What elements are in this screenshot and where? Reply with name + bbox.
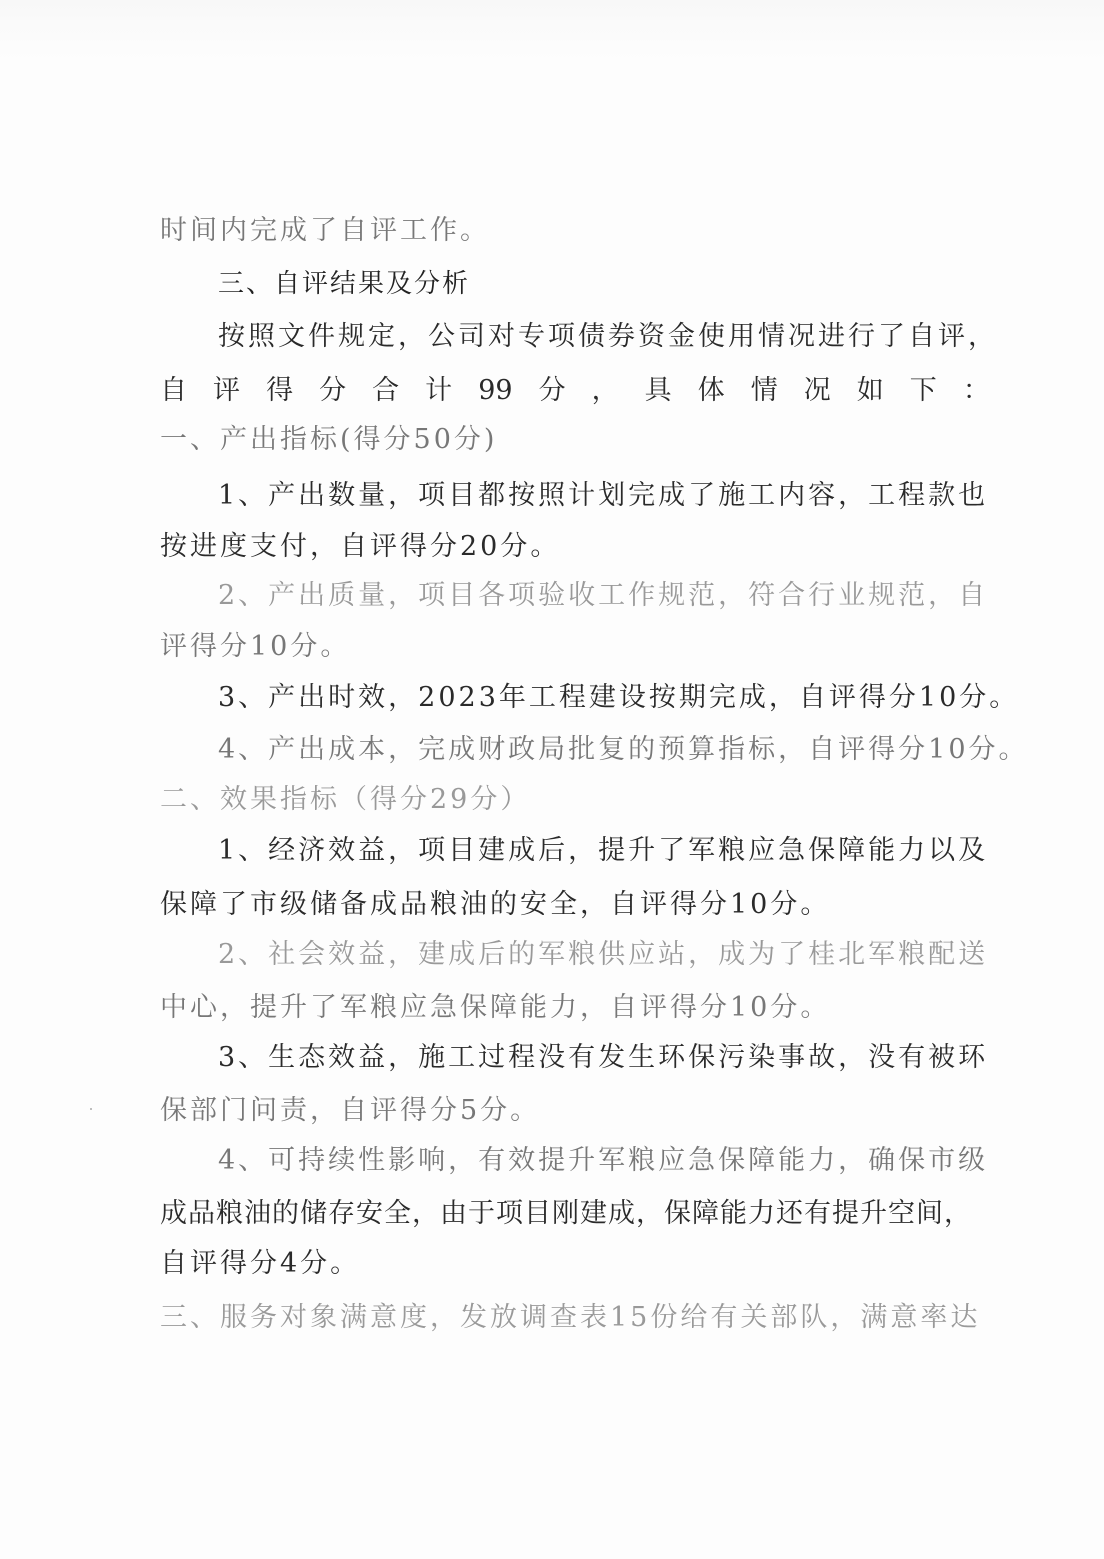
justified-char: 情: [751, 373, 778, 409]
item-output-quantity-line-1: 1、产出数量，项目都按照计划完成了施工内容，工程款也: [218, 478, 990, 514]
text-line-continuation: 时间内完成了自评工作。: [160, 213, 990, 249]
item-sustainability-line-2: 成品粮油的储存安全，由于项目刚建成，保障能力还有提升空间，: [160, 1196, 990, 1232]
scanned-document-page: 时间内完成了自评工作。 三、自评结果及分析 按照文件规定，公司对专项债券资金使用…: [0, 0, 1104, 1559]
item-ecological-benefit-line-1: 3、生态效益，施工过程没有发生环保污染事故，没有被环: [218, 1040, 990, 1076]
justified-char: 况: [804, 373, 831, 409]
item-output-quantity-line-2: 按进度支付，自评得分20分。: [160, 529, 990, 565]
justified-char: 合: [372, 373, 399, 409]
item-economic-benefit-line-1: 1、经济效益，项目建成后，提升了军粮应急保障能力以及: [218, 833, 990, 869]
item-output-quality-line-2: 评得分10分。: [160, 629, 990, 665]
justified-char: 下: [910, 373, 937, 409]
item-social-benefit-line-1: 2、社会效益，建成后的军粮供应站，成为了桂北军粮配送: [218, 937, 990, 973]
item-social-benefit-line-2: 中心，提升了军粮应急保障能力，自评得分10分。: [160, 990, 990, 1026]
justified-char: 如: [857, 373, 884, 409]
subheading-output-indicators: 一、产出指标(得分50分): [160, 422, 990, 458]
item-ecological-benefit-line-2: 保部门问责，自评得分5分。: [160, 1093, 990, 1129]
item-sustainability-line-3: 自评得分4分。: [160, 1246, 990, 1282]
justified-char: 评: [213, 373, 240, 409]
paragraph-intro-line-2-total-score: 自 评 得 分 合 计 99 分 ， 具 体 情 况 如 下 ：: [160, 373, 990, 409]
item-economic-benefit-line-2: 保障了市级储备成品粮油的安全，自评得分10分。: [160, 887, 990, 923]
paragraph-intro-line-1: 按照文件规定，公司对专项债券资金使用情况进行了自评，: [218, 319, 990, 355]
justified-char: 得: [266, 373, 293, 409]
scan-speck: [90, 1108, 92, 1110]
justified-char: 分: [539, 373, 566, 409]
section-heading-self-evaluation-results: 三、自评结果及分析: [218, 266, 990, 302]
subheading-effect-indicators: 二、效果指标（得分29分）: [160, 782, 990, 818]
justified-char: 分: [319, 373, 346, 409]
subheading-service-satisfaction: 三、服务对象满意度，发放调查表15份给有关部队，满意率达: [160, 1300, 990, 1336]
item-sustainability-line-1: 4、可持续性影响，有效提升军粮应急保障能力，确保市级: [218, 1143, 990, 1179]
justified-char: 自: [160, 373, 187, 409]
item-output-cost: 4、产出成本，完成财政局批复的预算指标，自评得分10分。: [218, 732, 990, 768]
justified-char: 体: [698, 373, 725, 409]
total-score-value: 99: [478, 373, 512, 409]
justified-char: 计: [425, 373, 452, 409]
item-output-timeliness: 3、产出时效，2023年工程建设按期完成，自评得分10分。: [218, 680, 990, 716]
justified-char: ，: [592, 373, 619, 409]
justified-char: 具: [645, 373, 672, 409]
item-output-quality-line-1: 2、产出质量，项目各项验收工作规范，符合行业规范，自: [218, 578, 990, 614]
justified-char: ：: [963, 373, 990, 409]
